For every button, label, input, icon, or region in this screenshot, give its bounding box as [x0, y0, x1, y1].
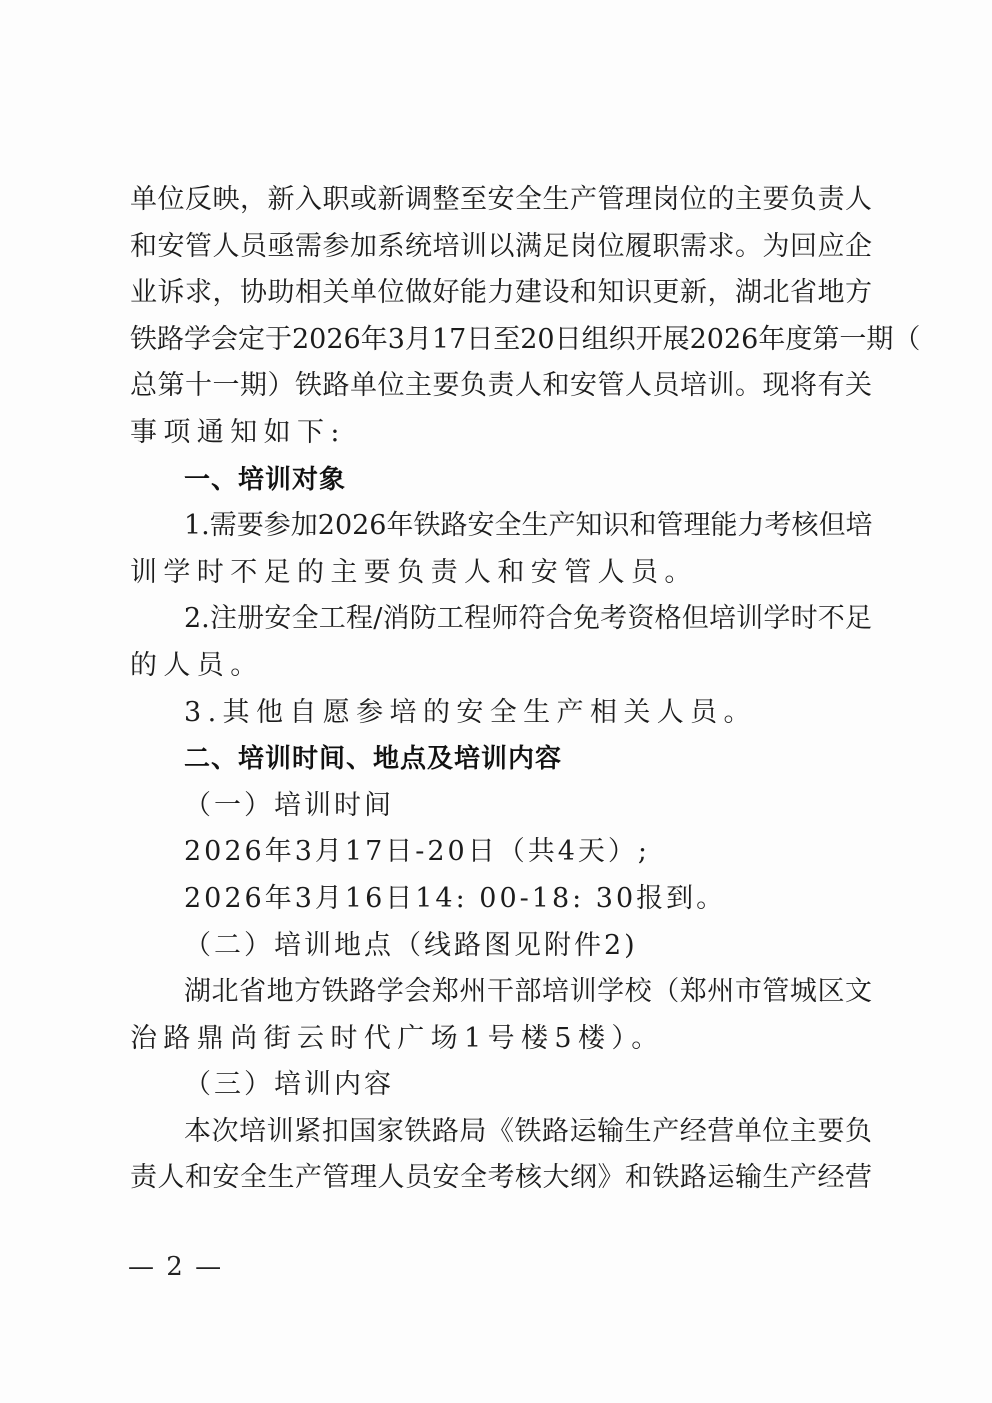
list-item-1-line: 训学时不足的主要负责人和安管人员。 — [130, 550, 872, 597]
list-item-3-line: 3.其他自愿参培的安全生产相关人员。 — [130, 690, 872, 737]
body-line: 总第十一期）铁路单位主要负责人和安管人员培训。现将有关 — [130, 363, 872, 410]
registration-time: 2026年3月16日14: 00-18: 30报到。 — [130, 876, 872, 923]
content-line: 本次培训紧扣国家铁路局《铁路运输生产经营单位主要负 — [130, 1109, 872, 1156]
subheading-training-location: （二）培训地点（线路图见附件2) — [130, 923, 872, 970]
body-line: 铁路学会定于2026年3月17日至20日组织开展2026年度第一期（ — [130, 317, 872, 364]
subheading-training-time: （一）培训时间 — [130, 783, 872, 830]
body-line: 和安管人员亟需参加系统培训以满足岗位履职需求。为回应企 — [130, 224, 872, 271]
list-item-2-line: 2.注册安全工程/消防工程师符合免考资格但培训学时不足 — [130, 596, 872, 643]
location-line: 湖北省地方铁路学会郑州干部培训学校（郑州市管城区文 — [130, 969, 872, 1016]
content-line: 责人和安全生产管理人员安全考核大纲》和铁路运输生产经营 — [130, 1155, 872, 1202]
section-heading-training-targets: 一、培训对象 — [130, 457, 872, 504]
section-heading-time-location-content: 二、培训时间、地点及培训内容 — [130, 736, 872, 783]
list-item-1-line: 1.需要参加2026年铁路安全生产知识和管理能力考核但培 — [130, 503, 872, 550]
body-line: 业诉求，协助相关单位做好能力建设和知识更新，湖北省地方 — [130, 270, 872, 317]
location-line: 治路鼎尚街云时代广场1号楼5楼）。 — [130, 1016, 872, 1063]
subheading-training-content: （三）培训内容 — [130, 1062, 872, 1109]
list-item-2-line: 的人员。 — [130, 643, 872, 690]
document-page: 单位反映，新入职或新调整至安全生产管理岗位的主要负责人 和安管人员亟需参加系统培… — [130, 177, 872, 1202]
body-line: 单位反映，新入职或新调整至安全生产管理岗位的主要负责人 — [130, 177, 872, 224]
body-line: 事项通知如下: — [130, 410, 872, 457]
training-dates: 2026年3月17日-20日（共4天）; — [130, 829, 872, 876]
page-number: — 2 — — [128, 1252, 223, 1282]
